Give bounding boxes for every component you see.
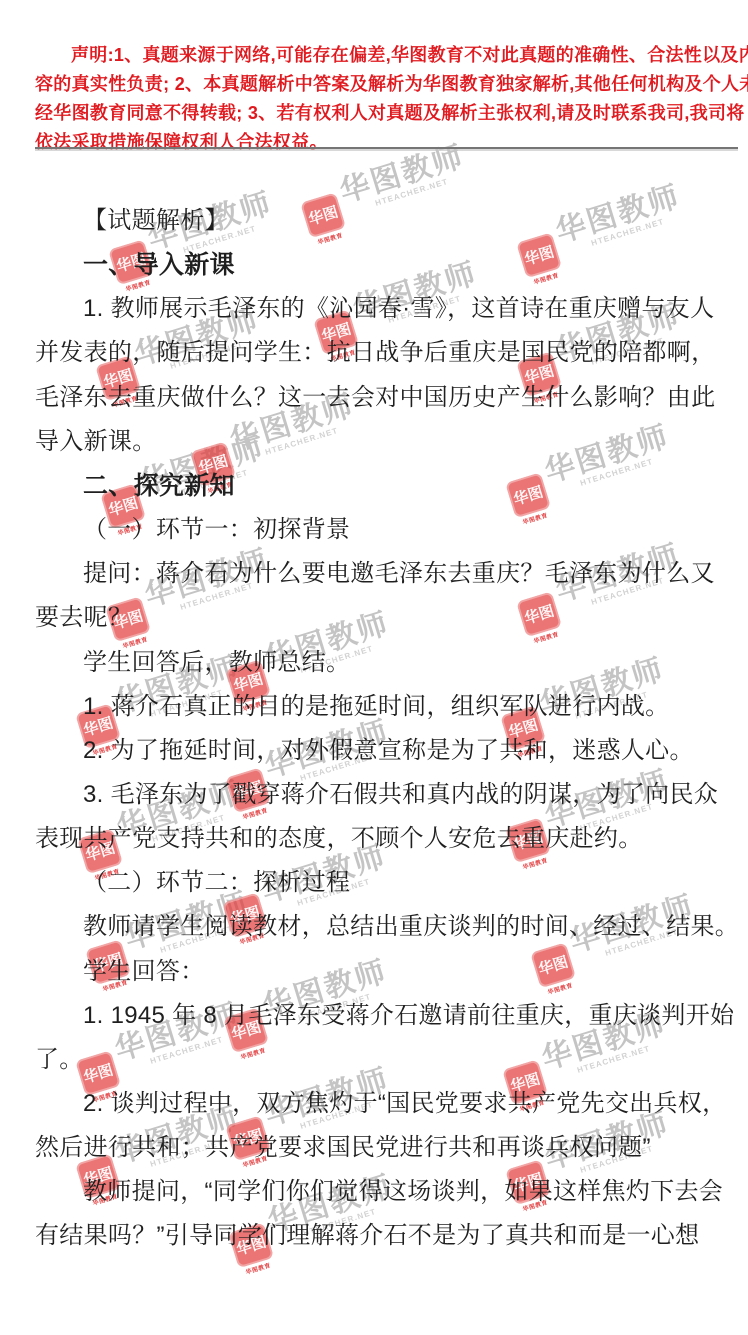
body-text-line: 并发表的，随后提问学生：抗日战争后重庆是国民党的陪都啊， <box>35 337 715 369</box>
body-text-line: 1. 蒋介石真正的目的是拖延时间，组织军队进行内战。 <box>83 691 669 723</box>
body-text-line: 导入新课。 <box>35 426 157 458</box>
document-page: 华图华图教育华图教师HTEACHER.NET华图华图教育华图教师HTEACHER… <box>0 0 748 1335</box>
body-text-line: 有结果吗？”引导同学们理解蒋介石不是为了真共和而是一心想 <box>35 1220 699 1252</box>
section-heading: 一、导入新课 <box>83 249 235 281</box>
body-text-line: 2. 谈判过程中，双方焦灼于“国民党要求共产党先交出兵权， <box>83 1088 726 1120</box>
disclaimer-line: 经华图教育同意不得转载; 3、若有权利人对真题及解析主张权利,请及时联系我司,我… <box>35 101 745 125</box>
body-text-line: 了。 <box>35 1044 84 1076</box>
body-text-line: 教师请学生阅读教材，总结出重庆谈判的时间、经过、结果。 <box>83 911 739 943</box>
body-text-line: 教师提问，“同学们你们觉得这场谈判，如果这样焦灼下去会 <box>83 1176 723 1208</box>
body-text-line: 【试题解析】 <box>83 205 229 237</box>
body-text-line: 表现共产党支持共和的态度，不顾个人安危去重庆赴约。 <box>35 823 643 855</box>
body-text-line: （一）环节一：初探背景 <box>83 514 350 546</box>
disclaimer-line: 声明:1、真题来源于网络,可能存在偏差,华图教育不对此真题的准确性、合法性以及内 <box>71 43 748 67</box>
disclaimer-line: 容的真实性负责; 2、本真题解析中答案及解析为华图教育独家解析,其他任何机构及个… <box>35 72 748 96</box>
body-text-line: 提问：蒋介石为什么要电邀毛泽东去重庆？毛泽东为什么又 <box>83 558 715 590</box>
body-text-line: 学生回答后，教师总结。 <box>83 647 350 679</box>
body-text-line: 3. 毛泽东为了戳穿蒋介石假共和真内战的阴谋，为了向民众 <box>83 779 718 811</box>
body-text-line: （二）环节二：探析过程 <box>83 867 350 899</box>
text-layer: 声明:1、真题来源于网络,可能存在偏差,华图教育不对此真题的准确性、合法性以及内… <box>0 0 748 1335</box>
section-heading: 二、探究新知 <box>83 470 235 502</box>
body-text-line: 毛泽东去重庆做什么？这一去会对中国历史产生什么影响？由此 <box>35 382 715 414</box>
body-text-line: 然后进行共和；共产党要求国民党进行共和再谈兵权问题” <box>35 1132 651 1164</box>
header-divider-line <box>35 147 738 149</box>
body-text-line: 要去呢？ <box>35 602 132 634</box>
body-text-line: 1. 1945 年 8 月毛泽东受蒋介石邀请前往重庆，重庆谈判开始 <box>83 1000 734 1032</box>
body-text-line: 学生回答： <box>83 956 205 988</box>
body-text-line: 2. 为了拖延时间，对外假意宣称是为了共和，迷惑人心。 <box>83 735 694 767</box>
disclaimer-line: 依法采取措施保障权利人合法权益。 <box>35 130 328 154</box>
body-text-line: 1. 教师展示毛泽东的《沁园春·雪》，这首诗在重庆赠与友人 <box>83 293 714 325</box>
